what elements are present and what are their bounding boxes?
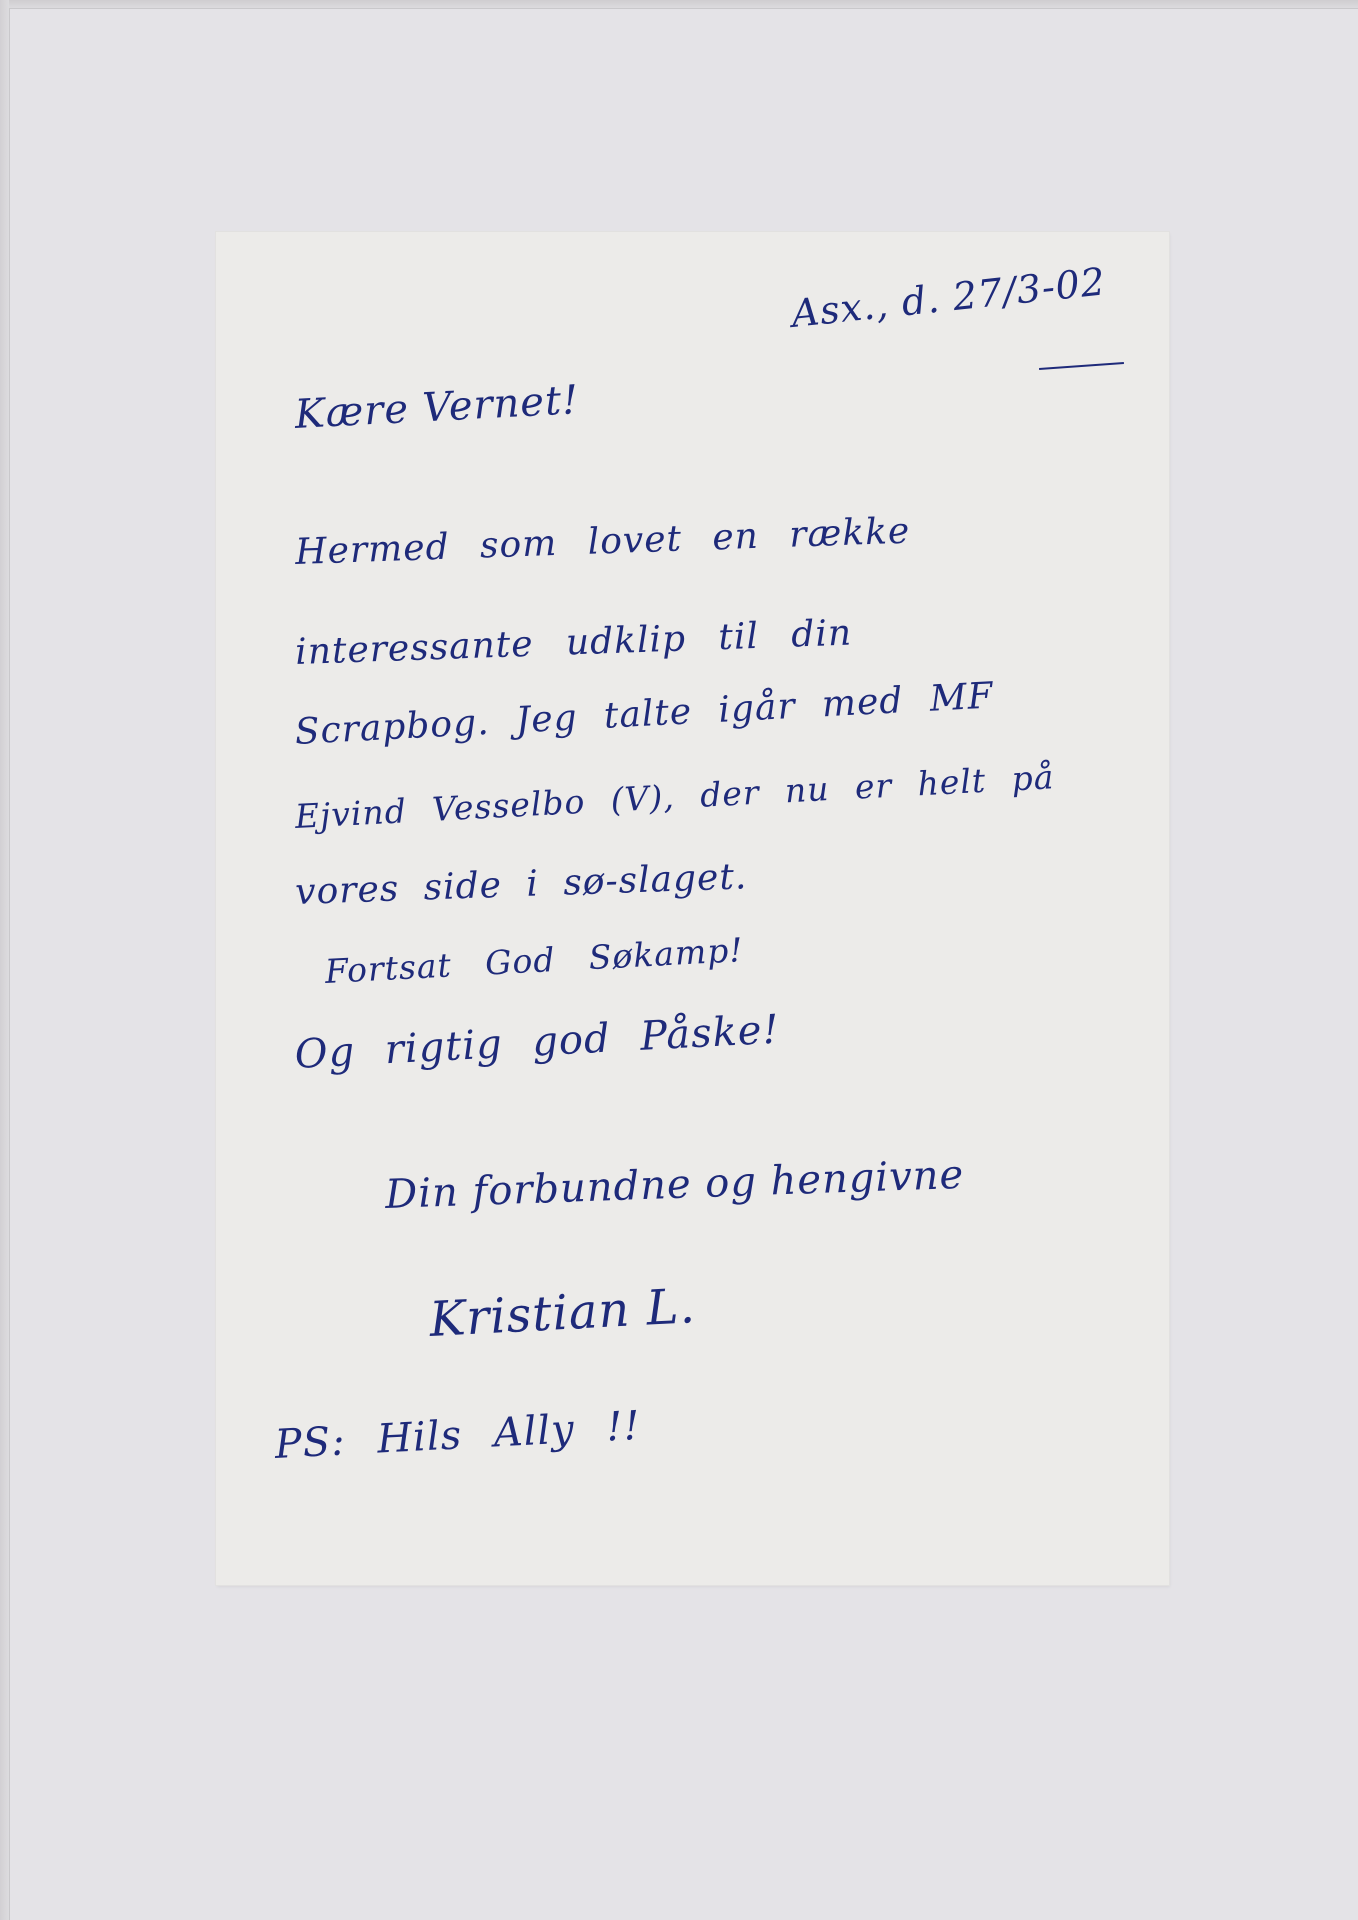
body-line: interessante udklip til din [295,613,853,673]
date-underline [1039,362,1124,370]
letter-closing: Din forbundne og hengivne [384,1152,965,1218]
letter-salutation: Kære Vernet! [294,377,581,438]
postscript: PS: Hils Ally !! [274,1403,642,1468]
body-line: Scrapbog. Jeg talte igår med MF [294,675,995,753]
body-line: vores side i sø-slaget. [295,856,748,913]
signature: Kristian L. [428,1278,697,1348]
body-line: Fortsat God Søkamp! [324,930,744,991]
body-line: Hermed som lovet en række [295,511,911,573]
body-line: Og rigtig god Påske! [294,1007,781,1078]
mount-border-top [0,0,1358,8]
letter-date: Asx., d. 27/3-02 [789,259,1107,336]
body-line: Ejvind Vesselbo (V), der nu er helt på [294,757,1055,836]
mount-border-left [0,0,9,1920]
letter-sheet: Asx., d. 27/3-02 Kære Vernet! Hermed som… [216,232,1169,1585]
